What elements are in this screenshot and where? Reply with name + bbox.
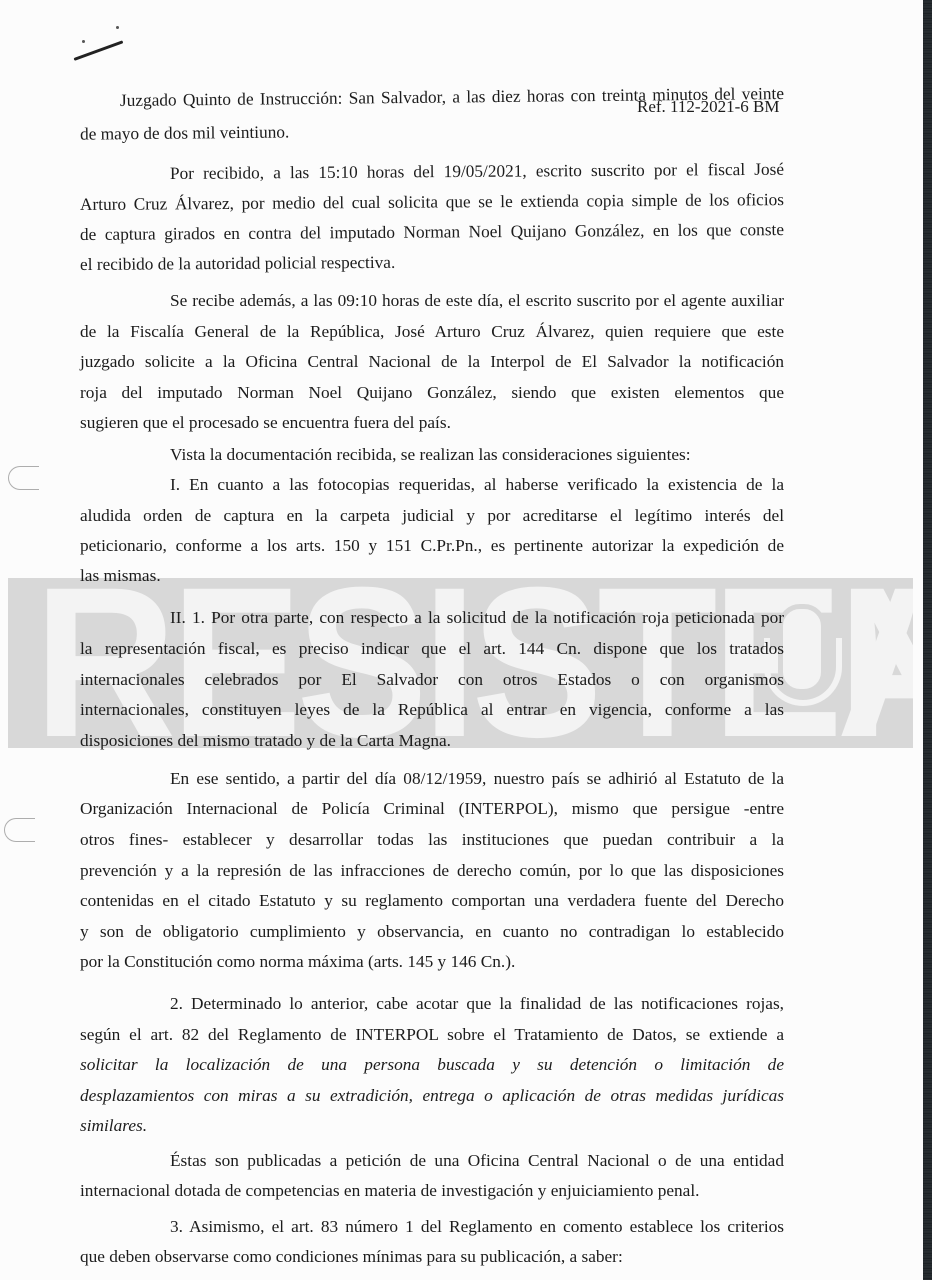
watermark-suffix: A: [836, 578, 913, 748]
document-line: internacionales celebrados por El Salvad…: [80, 664, 784, 695]
document-line: de la Fiscalía General de la República, …: [80, 316, 784, 347]
document-line: Organización Internacional de Policía Cr…: [80, 793, 784, 824]
document-line: disposiciones del mismo tratado y de la …: [80, 725, 784, 756]
pen-mark-dot: [82, 40, 85, 43]
punch-hole-mark: [4, 818, 35, 842]
document-line: juzgado solicite a la Oficina Central Na…: [80, 346, 784, 377]
document-line: la representación fiscal, es preciso ind…: [80, 633, 784, 664]
document-line: internacional dotada de competencias en …: [80, 1175, 784, 1206]
microphone-icon: [778, 604, 826, 694]
document-line: 2. Determinado lo anterior, cabe acotar …: [170, 988, 784, 1019]
document-line: el recibido de la autoridad policial res…: [80, 244, 784, 280]
document-line: En ese sentido, a partir del día 08/12/1…: [170, 763, 784, 794]
document-line: prevención y a la represión de las infra…: [80, 855, 784, 886]
scanner-edge: [923, 0, 932, 1280]
document-line: desplazamientos con miras a su extradici…: [80, 1080, 784, 1111]
document-line: contenidas en el citado Estatuto y su re…: [80, 885, 784, 916]
document-line: peticionario, conforme a los arts. 150 y…: [80, 530, 784, 561]
document-line: según el art. 82 del Reglamento de INTER…: [80, 1019, 784, 1050]
document-line: II. 1. Por otra parte, con respecto a la…: [170, 602, 784, 633]
scanned-document-page: RESISTENC A Ref. 112-2021-6 BM Juzgado Q…: [0, 0, 932, 1280]
document-line: internacionales, constituyen leyes de la…: [80, 694, 784, 725]
document-line: aludida orden de captura en la carpeta j…: [80, 500, 784, 531]
document-line: 3. Asimismo, el art. 83 número 1 del Reg…: [170, 1211, 784, 1242]
punch-hole-mark: [8, 466, 39, 490]
document-line: que deben observarse como condiciones mí…: [80, 1241, 784, 1272]
document-line: las mismas.: [80, 560, 784, 591]
handwritten-pen-stroke: [73, 40, 123, 61]
pen-mark-dot: [116, 26, 119, 29]
document-line: y son de obligatorio cumplimiento y obse…: [80, 916, 784, 947]
document-line: similares.: [80, 1110, 784, 1141]
document-line: Se recibe además, a las 09:10 horas de e…: [170, 285, 784, 316]
document-line: Por recibido, a las 15:10 horas del 19/0…: [170, 154, 784, 189]
document-line: I. En cuanto a las fotocopias requeridas…: [170, 469, 784, 500]
document-line: sugieren que el procesado se encuentra f…: [80, 407, 784, 438]
document-line: Éstas son publicadas a petición de una O…: [170, 1145, 784, 1176]
document-line: por la Constitución como norma máxima (a…: [80, 946, 784, 977]
document-line: roja del imputado Norman Noel Quijano Go…: [80, 377, 784, 408]
document-line: Vista la documentación recibida, se real…: [170, 439, 784, 470]
document-line: solicitar la localización de una persona…: [80, 1049, 784, 1080]
document-line: de mayo de dos mil veintiuno.: [80, 111, 784, 149]
document-line: otros fines- establecer y desarrollar to…: [80, 824, 784, 855]
